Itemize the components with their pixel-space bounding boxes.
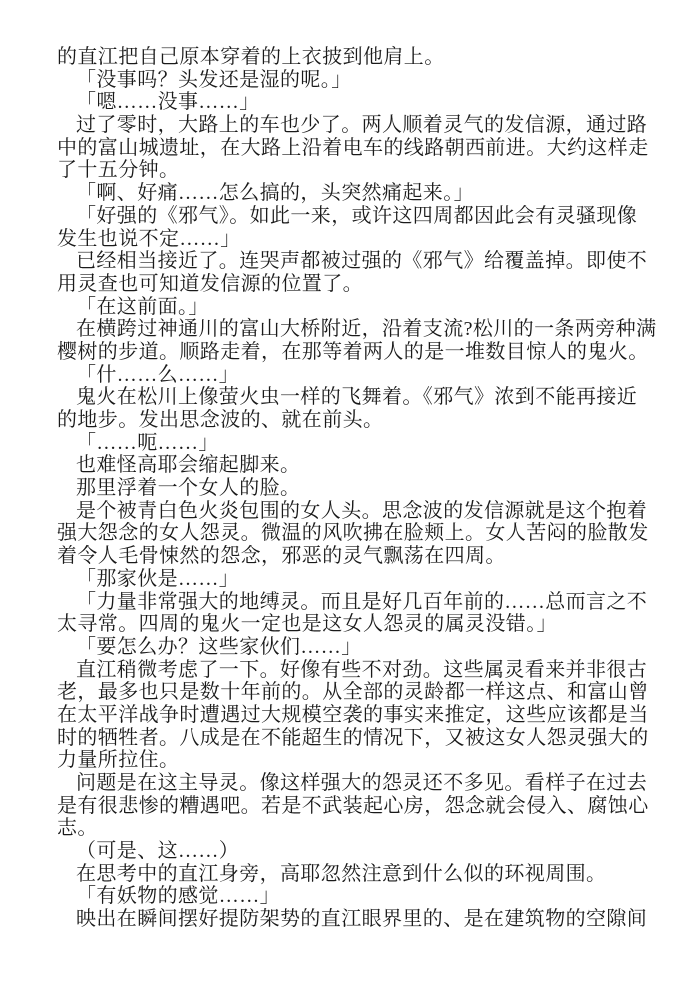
text-line: 老，最多也只是数十年前的。从全部的灵龄都一样这点、和富山曾 xyxy=(57,681,657,704)
text-line: （可是、这……） xyxy=(57,840,657,863)
text-line: 的直江把自己原本穿着的上衣披到他肩上。 xyxy=(57,46,657,69)
text-line: 「在这前面。」 xyxy=(57,296,657,319)
text-line: 「啊、好痛……怎么搞的，头突然痛起来。」 xyxy=(57,182,657,205)
novel-page: 的直江把自己原本穿着的上衣披到他肩上。「没事吗？头发还是湿的呢。」「嗯……没事…… xyxy=(0,0,700,993)
text-line: 「有妖物的感觉……」 xyxy=(57,885,657,908)
text-line: 映出在瞬间摆好提防架势的直江眼界里的、是在建筑物的空隙间 xyxy=(57,908,657,931)
text-line: 中的富山城遗址，在大路上沿着电车的线路朝西前进。大约这样走 xyxy=(57,137,657,160)
text-line: 过了零时，大路上的车也少了。两人顺着灵气的发信源，通过路 xyxy=(57,114,657,137)
text-line: 在思考中的直江身旁，高耶忽然注意到什么似的环视周围。 xyxy=(57,863,657,886)
text-line: 问题是在这主导灵。像这样强大的怨灵还不多见。看样子在过去 xyxy=(57,772,657,795)
text-line: 时的牺牲者。八成是在不能超生的情况下，又被这女人怨灵强大的 xyxy=(57,727,657,750)
text-line: 「好强的《邪气》。如此一来，或许这四周都因此会有灵骚现像 xyxy=(57,205,657,228)
text-line: 已经相当接近了。连哭声都被过强的《邪气》给覆盖掉。即使不 xyxy=(57,250,657,273)
text-line: 「那家伙是……」 xyxy=(57,568,657,591)
text-line: 着令人毛骨悚然的怨念，邪恶的灵气飘荡在四周。 xyxy=(57,545,657,568)
text-block: 的直江把自己原本穿着的上衣披到他肩上。「没事吗？头发还是湿的呢。」「嗯……没事…… xyxy=(57,46,657,931)
text-line: 用灵查也可知道发信源的位置了。 xyxy=(57,273,657,296)
text-line: 「……呃……」 xyxy=(57,432,657,455)
text-line: 的地步。发出思念波的、就在前头。 xyxy=(57,409,657,432)
text-line: 直江稍微考虑了一下。好像有些不对劲。这些属灵看来并非很古 xyxy=(57,659,657,682)
text-line: 鬼火在松川上像萤火虫一样的飞舞着。《邪气》浓到不能再接近 xyxy=(57,386,657,409)
text-line: 太寻常。四周的鬼火一定也是这女人怨灵的属灵没错。」 xyxy=(57,613,657,636)
text-line: 「要怎么办？这些家伙们……」 xyxy=(57,636,657,659)
text-line: 在太平洋战争时遭遇过大规模空袭的事实来推定，这些应该都是当 xyxy=(57,704,657,727)
text-line: 志。 xyxy=(57,817,657,840)
text-line: 力量所拉住。 xyxy=(57,749,657,772)
text-line: 樱树的步道。顺路走着，在那等着两人的是一堆数目惊人的鬼火。 xyxy=(57,341,657,364)
text-line: 是有很悲惨的糟遇吧。若是不武装起心房，怨念就会侵入、腐蚀心 xyxy=(57,795,657,818)
text-line: 也难怪高耶会缩起脚来。 xyxy=(57,454,657,477)
text-line: 那里浮着一个女人的脸。 xyxy=(57,477,657,500)
text-line: 「没事吗？头发还是湿的呢。」 xyxy=(57,69,657,92)
text-line: 强大怨念的女人怨灵。微温的风吹拂在脸颊上。女人苦闷的脸散发 xyxy=(57,522,657,545)
text-line: 发生也说不定……」 xyxy=(57,228,657,251)
text-line: 在横跨过神通川的富山大桥附近，沿着支流?松川的一条两旁种满 xyxy=(57,318,657,341)
text-line: 是个被青白色火炎包围的女人头。思念波的发信源就是这个抱着 xyxy=(57,500,657,523)
text-line: 了十五分钟。 xyxy=(57,159,657,182)
text-line: 「嗯……没事……」 xyxy=(57,91,657,114)
text-line: 「力量非常强大的地缚灵。而且是好几百年前的……总而言之不 xyxy=(57,591,657,614)
text-line: 「什……么……」 xyxy=(57,364,657,387)
